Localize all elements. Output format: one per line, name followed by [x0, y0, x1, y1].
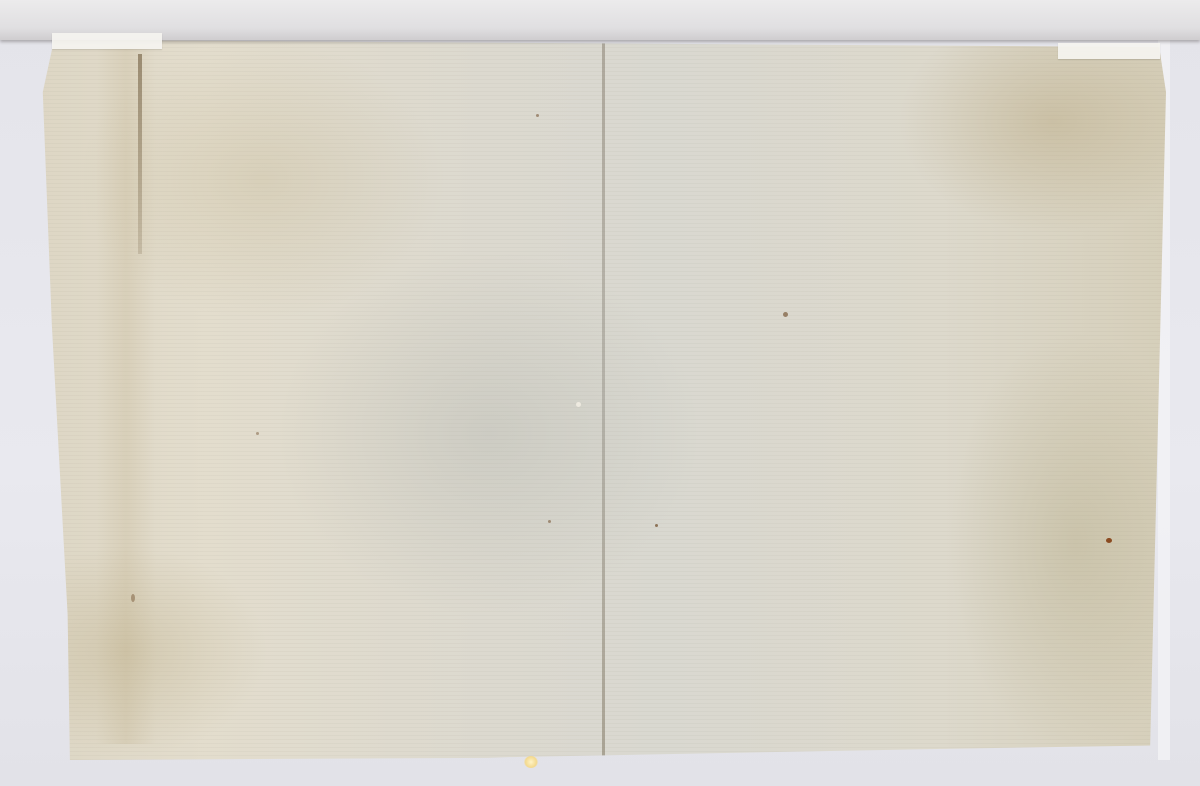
foxing-spot — [131, 594, 135, 602]
light-reflection — [524, 756, 538, 768]
tape-tab-right — [1058, 43, 1160, 59]
foxing-spot — [783, 312, 788, 317]
foxing-spot — [548, 520, 551, 523]
tape-tab-left — [52, 33, 162, 49]
foxing-spot — [576, 402, 581, 407]
foxing-spot — [256, 432, 259, 435]
mounting-bar — [0, 0, 1200, 40]
discoloration-band — [96, 44, 156, 744]
paper-sheet — [36, 34, 1166, 760]
edge-stain — [138, 54, 142, 254]
foxing-spot — [655, 524, 658, 527]
foxing-spot — [1106, 538, 1112, 543]
center-fold-line — [602, 34, 605, 760]
foxing-spot — [536, 114, 539, 117]
